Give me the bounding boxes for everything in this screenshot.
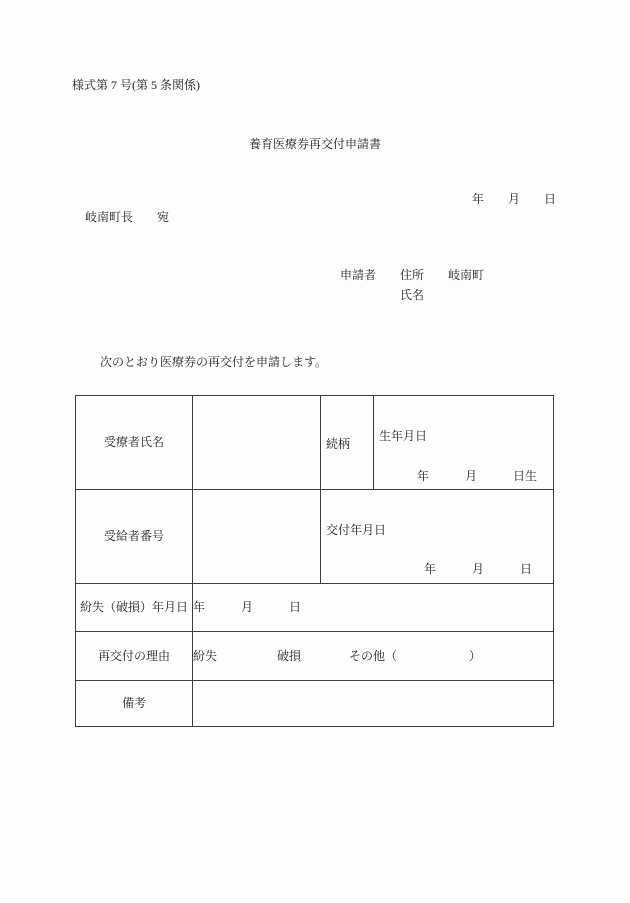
issue-date-value: 年 月 日	[424, 562, 532, 577]
recipient-number-label: 受給者番号	[76, 490, 193, 584]
applicant-label: 申請者	[340, 268, 376, 283]
loss-date-label: 紛失（破損）年月日	[76, 584, 193, 632]
recipient-number-value-cell	[193, 490, 321, 584]
document-page: 様式第 7 号(第 5 条関係) 養育医療券再交付申請書 年 月 日 岐南町長 …	[0, 0, 630, 903]
loss-date-value: 年 月 日	[193, 584, 554, 632]
applicant-address-label: 住所	[400, 268, 424, 283]
remarks-label: 備考	[76, 681, 193, 727]
birth-date-label: 生年月日	[374, 426, 553, 444]
patient-name-label: 受療者氏名	[76, 396, 193, 490]
birth-date-cell: 生年月日 年 月 日生	[374, 396, 554, 490]
date-line: 年 月 日	[472, 192, 556, 207]
reissue-reason-label: 再交付の理由	[76, 632, 193, 681]
reissue-reason-options: 紛失 破損 その他（ ）	[193, 632, 554, 681]
reissue-application-table: 受療者氏名 続柄 生年月日 年 月 日生 受給者番号 交付年月日 年 月 日 紛…	[75, 395, 554, 727]
relationship-label: 続柄	[321, 434, 373, 452]
page-title: 養育医療券再交付申請書	[0, 137, 630, 152]
applicant-address-value: 岐南町	[448, 268, 484, 283]
addressee: 岐南町長 宛	[85, 210, 169, 225]
birth-date-value: 年 月 日生	[417, 469, 537, 484]
remarks-value-cell	[193, 681, 554, 727]
form-number: 様式第 7 号(第 5 条関係)	[72, 78, 200, 93]
patient-name-value-cell	[193, 396, 321, 490]
issue-date-cell: 交付年月日 年 月 日	[321, 490, 554, 584]
applicant-name-label: 氏名	[400, 288, 424, 303]
intro-text: 次のとおり医療券の再交付を申請します。	[100, 355, 327, 370]
relationship-cell: 続柄	[321, 396, 374, 490]
issue-date-label: 交付年月日	[321, 520, 553, 538]
